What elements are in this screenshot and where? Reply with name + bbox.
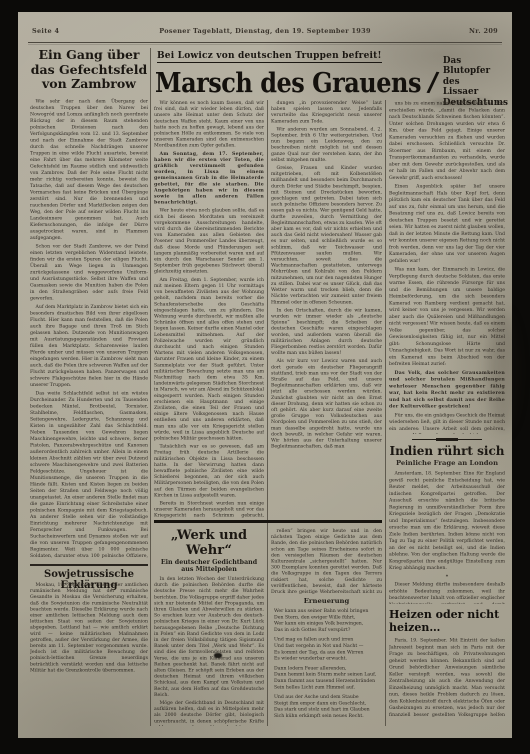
werk-article-left-body: In den letzten Wochen der Unterdrückung … [154, 576, 264, 726]
werk-article-continuation: rellen“ bringen wir heute und in den näc… [271, 528, 382, 594]
paragraph: rellen“ bringen wir heute und in den näc… [271, 528, 382, 594]
paragraph: Moskau, 19. September. Nach einer amtlic… [30, 582, 148, 674]
right-column: uns bis zu einem nahen Fluß treiben und … [389, 100, 505, 726]
werk-article-right: rellen“ bringen wir heute und in den näc… [271, 528, 382, 726]
paragraph: In den Ortschaften, durch die wir kamen,… [271, 307, 382, 356]
page-header: Seite 4 Posener Tageblatt, Dienstag, den… [32, 27, 498, 35]
ornament: * [389, 573, 505, 580]
column-divider-1 [150, 48, 151, 726]
paragraph: Auf dem Marktplatz in Zambrow bietet sic… [30, 304, 148, 389]
zambrow-headline: Ein Gang über das Gefechtsfeld von Zambr… [30, 48, 148, 92]
paragraph: Wie sehr der nach dem Übergang der deuts… [30, 98, 148, 241]
paragraph: Was nun kam, der Einmarsch in Lowicz, di… [389, 266, 505, 367]
soviet-article-body: Moskau, 19. September. Nach einer amtlic… [30, 582, 148, 726]
paragraph: In den letzten Wochen der Unterdrückung … [154, 576, 264, 698]
poem-stanza: Dann lodern Feuer allerenden, Dann hemmt… [274, 665, 382, 690]
column-divider-2 [267, 100, 268, 726]
werk-headline: „Werk und Wehr“ [154, 528, 264, 558]
paragraph: Möge der Gedichtband in Deutschland mit … [154, 700, 264, 726]
paragraph: Wir können es noch kaum fassen, daß wir … [154, 100, 264, 149]
main-subhead-line1: Das Blutopfer des [443, 56, 490, 87]
zambrow-article-body: Wie sehr der nach dem Übergang der deuts… [30, 98, 148, 558]
newspaper-page: Seite 4 Posener Tageblatt, Dienstag, den… [18, 12, 512, 738]
heizen-article-body: Paris, 19. September. Mit Eintritt der k… [389, 637, 505, 717]
werk-subhead: Ein deutscher Gedichtband aus Mittelpole… [154, 559, 264, 573]
paragraph: Greise, Frauen und Kinder wurden mitgetr… [271, 165, 382, 305]
paragraph: Für uns, die ein gnädiges Geschick die H… [389, 412, 505, 434]
poem-body: Wer kann aus seiner Bahn wohl bringen De… [271, 608, 382, 726]
indien-article-body: Amsterdam, 18. September. Eine für Engla… [389, 470, 505, 604]
main-article-col4: uns bis zu einem nahen Fluß treiben und … [389, 100, 505, 434]
indien-subhead: Peinliche Frage an London [389, 459, 505, 467]
paragraph: Am Sonntag, dem 17. September, haben wir… [154, 151, 264, 206]
paragraph: Am Freitag, dem 1. September, wurde ich … [154, 277, 264, 442]
article-divider [412, 437, 482, 442]
paragraph: uns bis zu einem nahen Fluß treiben und … [389, 100, 505, 181]
paragraph: Wer heute etwa noch glauben sollte, daß … [154, 208, 264, 275]
poem-stanza: Und mag es fallen auch und irren Und fas… [274, 637, 382, 662]
heizen-headline: Heizen oder nicht heizen… [389, 608, 505, 634]
paragraph: Amsterdam, 18. September. Eine für Engla… [389, 470, 505, 571]
main-kicker: Bei Lowicz von deutschen Truppen befreit… [157, 51, 382, 63]
paragraph: Bereits in Storchnest wurden nun einige … [154, 501, 264, 519]
poem-stanza: Und aus der Asche und dem Staube Steigt … [274, 694, 382, 719]
paragraph: Paris, 19. September. Mit Eintritt der k… [389, 637, 505, 717]
paragraph: Wir anderen wurden am Sonnabend, d. 2. S… [271, 126, 382, 163]
paragraph: dungen „in provozierender Weise“ laut ha… [271, 100, 382, 124]
paragraph: Tatsächlich war es so gewesen, daß am Fr… [154, 444, 264, 499]
paragraph: Dieser Meldung dürfte insbesondere desha… [389, 581, 505, 604]
paragraph: Als wir kurz vor Lowicz waren und auch d… [271, 358, 382, 450]
poem-stanza: Wer kann aus seiner Bahn wohl bringen De… [274, 608, 382, 633]
indien-headline: Indien rührt sich [389, 444, 505, 458]
paragraph: Das Volk, das solcher Grausamkeiten und … [389, 369, 505, 410]
main-headline: Marsch des Grauens [155, 66, 421, 98]
section-thick-rule [154, 520, 382, 523]
paragraph: Einen Augenblick später lief unsere Begl… [389, 183, 505, 264]
werk-article-left: „Werk und Wehr“ Ein deutscher Gedichtban… [154, 526, 264, 726]
main-article-col3: dungen „in provozierender Weise“ laut ha… [271, 100, 382, 518]
column-divider-3 [385, 100, 386, 726]
header-rule [28, 42, 502, 43]
soviet-article-rule [30, 564, 148, 566]
poem-title: Erneuerung [271, 597, 382, 605]
paragraph: Schon vor der Stadt Zambrow, wo der Fein… [30, 243, 148, 302]
headline-slash: / [426, 66, 440, 98]
scan-background: { "colors":{"paper":"#b1ac9e","ink":"#2d… [0, 0, 530, 754]
main-headline-row: Marsch des Grauens / Das Blutopfer des L… [155, 65, 505, 99]
masthead-dateline: Posener Tageblatt, Dienstag, den 19. Sep… [32, 27, 498, 35]
paragraph: Das weite Schlachtfeld selbst ist ein wü… [30, 390, 148, 558]
main-article-col2: Wir können es noch kaum fassen, daß wir … [154, 100, 264, 518]
